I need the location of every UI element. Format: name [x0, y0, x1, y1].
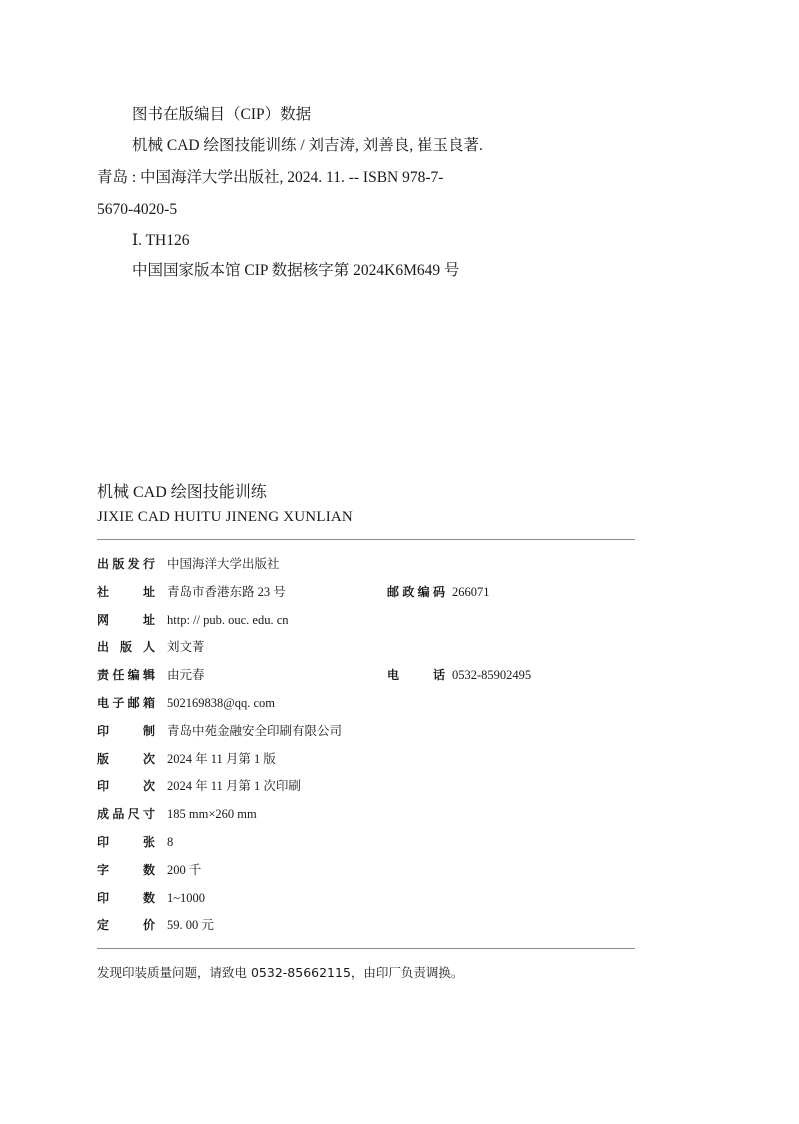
colophon-label: 网址 — [97, 612, 155, 628]
quality-notice: 发现印装质量问题，请致电 0532-85662115，由印厂负责调换。 — [97, 963, 463, 981]
colophon-value: 200 千 — [167, 862, 201, 878]
colophon-value: 青岛中苑金融安全印刷有限公司 — [167, 723, 342, 739]
colophon-value: 59. 00 元 — [167, 917, 214, 933]
colophon-label: 邮政编码 — [387, 584, 445, 600]
cip-line-2: 青岛 : 中国海洋大学出版社, 2024. 11. -- ISBN 978-7- — [97, 170, 443, 186]
colophon-label: 印次 — [97, 778, 155, 794]
colophon-value: 8 — [167, 834, 173, 850]
top-divider — [97, 539, 635, 540]
colophon-value-secondary: 266071 — [452, 584, 490, 600]
colophon-label: 成品尺寸 — [97, 806, 155, 822]
book-title-zh: 机械 CAD 绘图技能训练 — [97, 479, 267, 502]
colophon-label: 社址 — [97, 584, 155, 600]
colophon-value: 由元春 — [167, 667, 205, 683]
colophon-label: 印制 — [97, 723, 155, 739]
book-title-pinyin: JIXIE CAD HUITU JINENG XUNLIAN — [97, 509, 353, 526]
cip-classification: Ⅰ. TH126 — [132, 233, 190, 249]
cip-heading: 图书在版编目（CIP）数据 — [132, 107, 311, 123]
cip-record-number: 中国国家版本馆 CIP 数据核字第 2024K6M649 号 — [132, 263, 460, 279]
colophon-label: 责任编辑 — [97, 667, 155, 683]
colophon-value: 2024 年 11 月第 1 次印刷 — [167, 778, 301, 794]
colophon-label: 版次 — [97, 751, 155, 767]
colophon-value: 青岛市香港东路 23 号 — [167, 584, 286, 600]
colophon-value: 刘文菁 — [167, 639, 205, 655]
colophon-value-secondary: 0532-85902495 — [452, 667, 531, 683]
colophon-label: 印数 — [97, 890, 155, 906]
colophon-value: http: // pub. ouc. edu. cn — [167, 612, 289, 628]
cip-line-1: 机械 CAD 绘图技能训练 / 刘吉涛, 刘善良, 崔玉良著. — [132, 138, 483, 154]
colophon-value: 中国海洋大学出版社 — [167, 556, 280, 572]
colophon-label: 出版人 — [97, 639, 155, 655]
colophon-label: 电话 — [387, 667, 445, 683]
colophon-label: 定价 — [97, 917, 155, 933]
colophon-value: 2024 年 11 月第 1 版 — [167, 751, 276, 767]
colophon-label: 出版发行 — [97, 556, 155, 572]
colophon-value: 502169838@qq. com — [167, 695, 275, 711]
colophon-label: 字数 — [97, 862, 155, 878]
colophon-value: 1~1000 — [167, 890, 205, 906]
colophon-value: 185 mm×260 mm — [167, 806, 257, 822]
bottom-divider — [97, 948, 635, 949]
colophon-label: 印张 — [97, 834, 155, 850]
cip-line-3: 5670-4020-5 — [97, 202, 177, 218]
colophon-label: 电子邮箱 — [97, 695, 155, 711]
